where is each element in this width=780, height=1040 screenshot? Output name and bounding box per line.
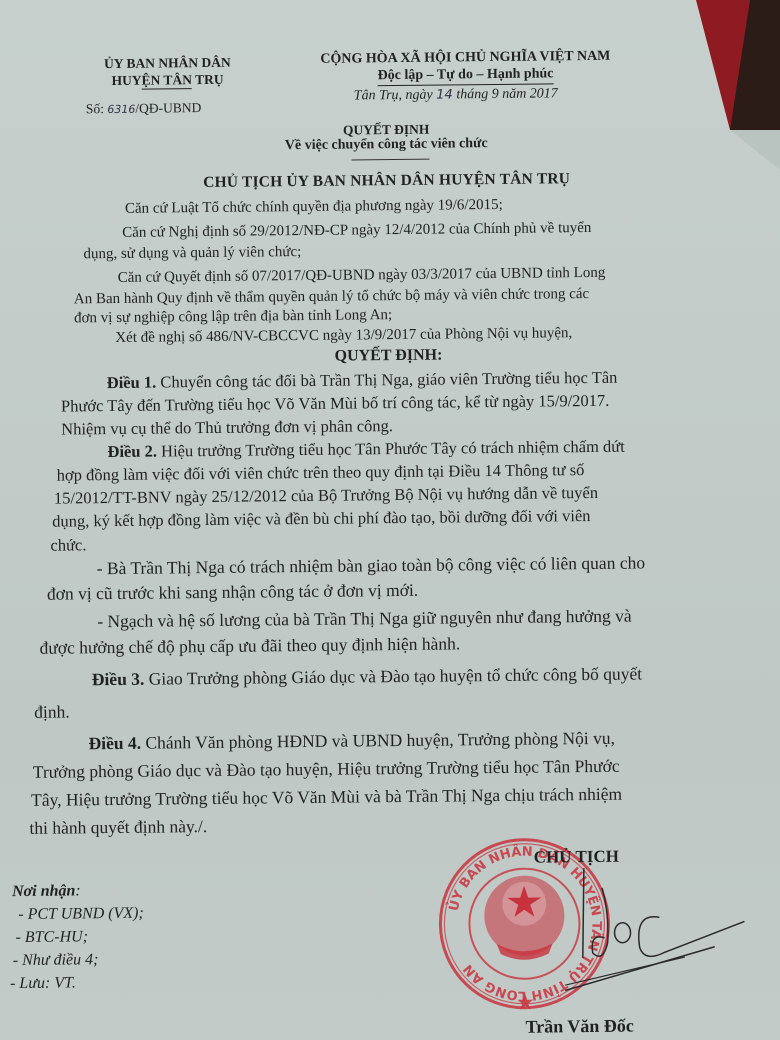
recipient-item: - Như điều 4; <box>13 948 145 972</box>
agency-line1: ỦY BAN NHÂN DÂN <box>77 53 257 72</box>
agency-line2: HUYỆN TÂN TRỤ <box>78 70 258 90</box>
date-suffix: tháng 9 năm 2017 <box>453 86 558 102</box>
agency-line2-c: TRỤ <box>192 72 224 87</box>
agency-line2-underlined: ỆN TÂN <box>141 71 192 90</box>
article-2-line: dụng, ký kết hợp đồng làm việc và đền bù… <box>52 504 590 533</box>
preamble-line: Căn cứ Luật Tổ chức chính quyền địa phươ… <box>125 195 503 219</box>
signer-title: CHỦ TỊCH <box>534 847 619 868</box>
article-4-label: Điều 4. <box>88 733 141 754</box>
number-suffix: /QĐ-UBND <box>135 100 201 116</box>
article-4-line: Trưởng phòng Giáo dục và Đào tạo huyện, … <box>33 754 620 785</box>
recipient-item: - PCT UBND (VX); <box>18 902 144 926</box>
document-number: Số: 6316/QĐ-UBND <box>86 100 202 117</box>
article-1-label: Điều 1. <box>107 373 157 393</box>
article-2-bullet-2: - Ngạch và hệ số lương của bà Trần Thị N… <box>97 604 632 635</box>
preamble-line: dụng, sử dụng và quản lý viên chức; <box>83 242 301 264</box>
article-2-line: chức. <box>50 533 86 556</box>
document-date: Tân Trụ, ngày 14 tháng 9 năm 2017 <box>354 86 558 104</box>
preamble-line: Xét đề nghị số 486/NV-CBCCVC ngày 13/9/2… <box>115 323 572 348</box>
article-3-line: định. <box>34 699 70 724</box>
title-divider <box>351 159 429 161</box>
article-4-line: thi hành quyết định này./. <box>29 814 207 841</box>
article-4-line: Điều 4. Chánh Văn phòng HĐND và UBND huy… <box>88 726 615 757</box>
handwritten-signature-icon <box>564 866 765 1008</box>
agency-header: ỦY BAN NHÂN DÂN HUYỆN TÂN TRỤ <box>77 53 257 90</box>
signer-name: Trần Văn Đốc <box>525 1016 634 1038</box>
article-4-text: Chánh Văn phòng HĐND và UBND huyện, Trưở… <box>141 728 615 753</box>
article-3-text: Giao Trưởng phòng Giáo dục và Đào tạo hu… <box>144 663 642 688</box>
recipients-label-text: Nơi nhận <box>12 882 75 900</box>
article-2-bullet-1: đơn vị cũ trước khi sang nhận công tác ở… <box>47 578 418 607</box>
article-1-line: Phước Tây đến Trường tiểu học Võ Văn Mùi… <box>61 389 610 418</box>
recipient-item: - Lưu: VT. <box>10 971 145 995</box>
article-3-label: Điều 3. <box>92 669 145 690</box>
article-4-line: Tây, Hiệu trưởng Trường tiểu học Võ Văn … <box>31 782 622 813</box>
article-2-text: Hiệu trưởng Trường tiểu học Tân Phước Tâ… <box>157 437 625 461</box>
recipients-label: Nơi nhận: <box>12 879 144 903</box>
country-name: CỘNG HÒA XÃ HỘI CHỦ NGHĨA VIỆT NAM <box>295 48 635 69</box>
date-prefix: Tân Trụ, ngày <box>354 88 437 104</box>
national-motto: Độc lập – Tự do – Hạnh phúc <box>378 65 554 86</box>
preamble-line: Căn cứ Nghị định số 29/2012/NĐ-CP ngày 1… <box>122 218 591 243</box>
article-1-text: Chuyển công tác đối bà Trần Thị Nga, giá… <box>156 368 617 392</box>
recipient-item: - BTC-HU; <box>15 925 144 949</box>
date-day-handwritten: 14 <box>436 87 453 102</box>
article-1-line: Nhiệm vụ cụ thể do Thủ trưởng đơn vị phâ… <box>61 414 393 440</box>
number-prefix: Số: <box>86 101 108 116</box>
number-handwritten: 6316 <box>107 103 135 116</box>
decision-document: ỦY BAN NHÂN DÂN HUYỆN TÂN TRỤ CỘNG HÒA X… <box>0 0 780 1040</box>
national-header: CỘNG HÒA XÃ HỘI CHỦ NGHĨA VIỆT NAM Độc l… <box>295 48 635 88</box>
issuer-title: CHỦ TỊCH ỦY BAN NHÂN DÂN HUYỆN TÂN TRỤ <box>0 168 777 194</box>
article-3-line: Điều 3. Giao Trưởng phòng Giáo dục và Đà… <box>92 661 642 692</box>
recipients-block: Nơi nhận: - PCT UBND (VX); - BTC-HU; - N… <box>12 879 145 995</box>
article-2-bullet-2: được hưởng chế độ phụ cấp ưu đãi theo qu… <box>39 631 460 660</box>
agency-line2-a: HUY <box>111 73 141 88</box>
article-2-bullet-1: - Bà Trần Thị Nga có trách nhiệm bàn gia… <box>97 550 646 581</box>
article-2-label: Điều 2. <box>107 442 157 462</box>
